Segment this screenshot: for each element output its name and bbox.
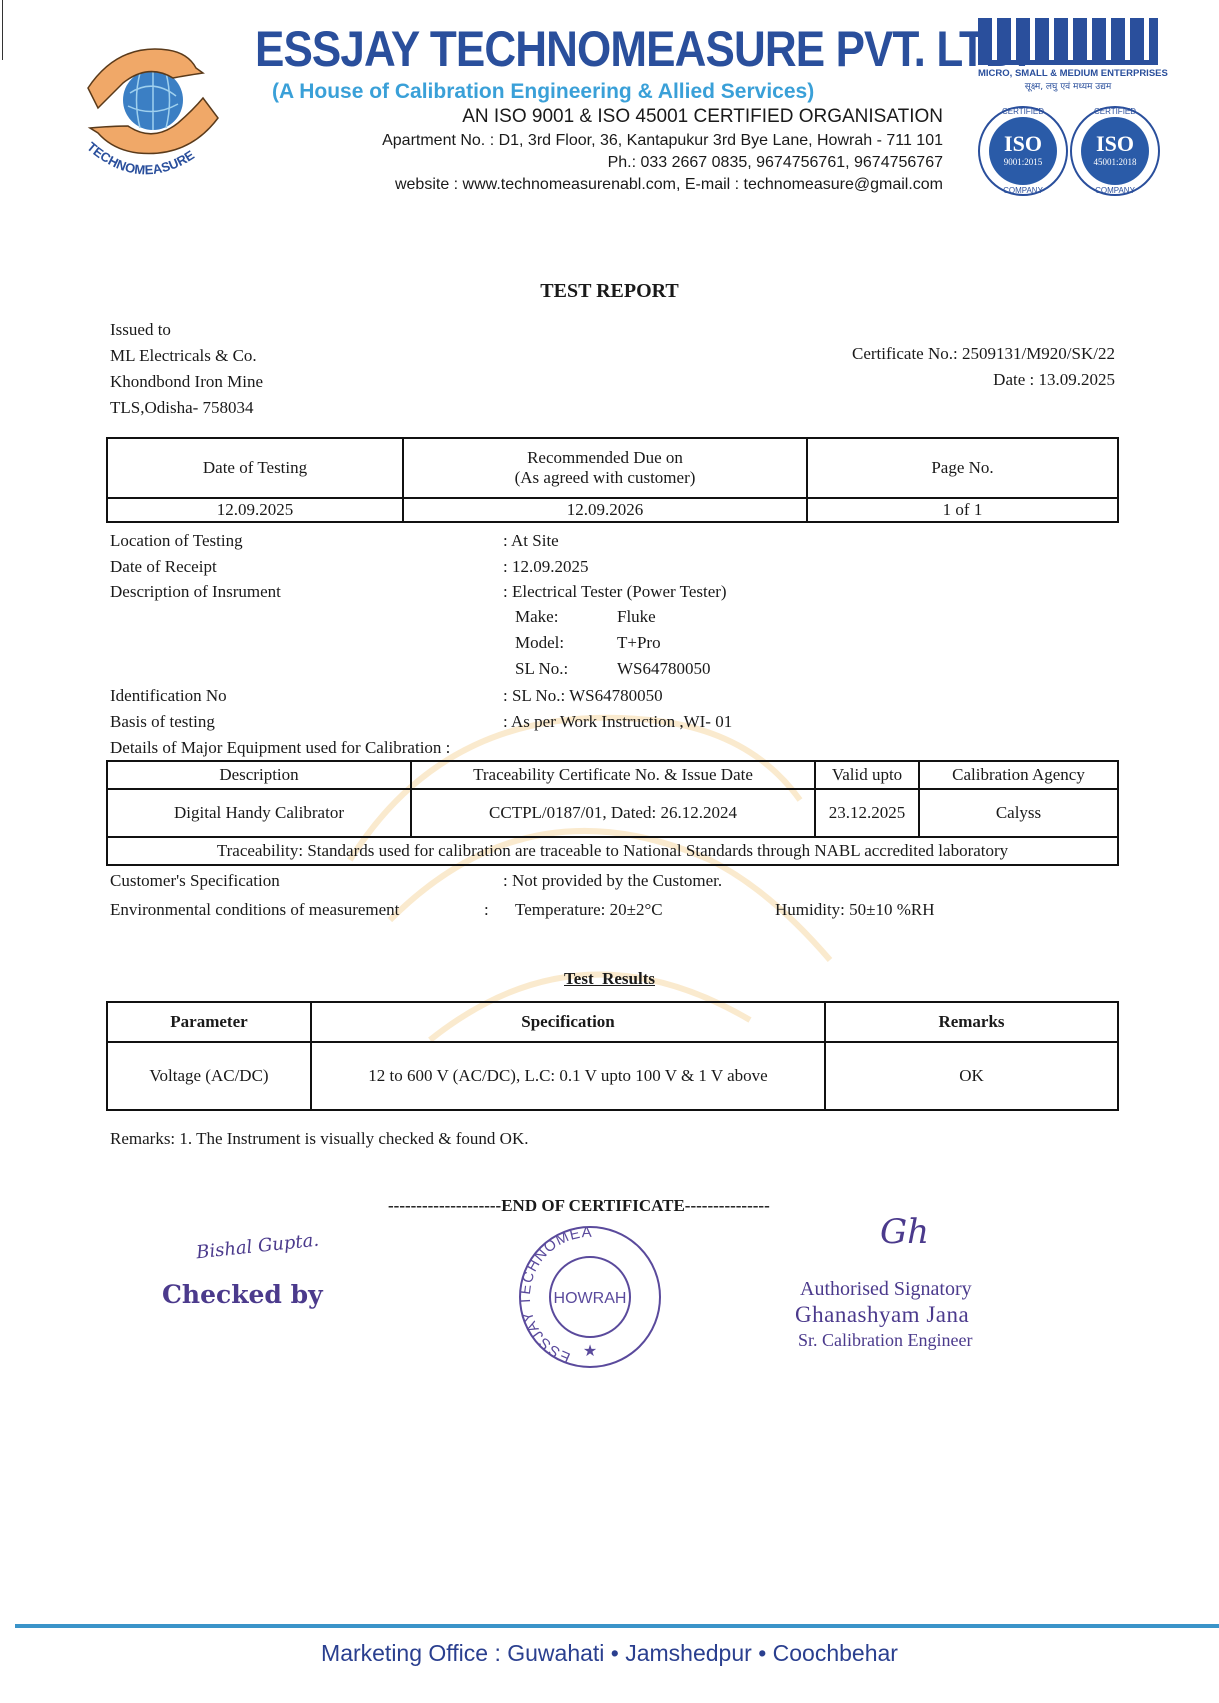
header-specification: Specification [311, 1002, 825, 1042]
remarks-note: Remarks: 1. The Instrument is visually c… [110, 1129, 528, 1149]
svg-text:HOWRAH: HOWRAH [554, 1290, 627, 1307]
equipment-heading: Details of Major Equipment used for Cali… [110, 738, 450, 758]
authorised-signature: Gh [880, 1212, 929, 1252]
iso-text: ISO [1081, 131, 1149, 157]
customer-spec-label: Customer's Specification [110, 871, 280, 891]
result-specification: 12 to 600 V (AC/DC), L.C: 0.1 V upto 100… [311, 1042, 825, 1110]
traceability-note: Traceability: Standards used for calibra… [107, 837, 1118, 865]
msme-caption-en: MICRO, SMALL & MEDIUM ENTERPRISES [978, 68, 1158, 79]
iso-text: ISO [989, 131, 1057, 157]
msme-wordmark [978, 18, 1158, 65]
header-remarks: Remarks [825, 1002, 1118, 1042]
stamp-seal-icon: ESSJAY TECHNOMEASURE PVT. LTD. HOWRAH ★ [515, 1222, 665, 1372]
certification-line: AN ISO 9001 & ISO 45001 CERTIFIED ORGANI… [462, 106, 943, 128]
company-web-email: website : www.technomeasurenabl.com, E-m… [395, 176, 943, 194]
authorised-signatory-label: Authorised Signatory [800, 1278, 972, 1301]
checked-by-signature: Bishal Gupta. [195, 1230, 320, 1264]
equipment-traceability: CCTPL/0187/01, Dated: 26.12.2024 [411, 789, 815, 837]
page-no-value: 1 of 1 [807, 498, 1118, 522]
temperature-value: Temperature: 20±2°C [515, 900, 663, 920]
authorised-title: Sr. Calibration Engineer [798, 1330, 972, 1351]
company-phone: Ph.: 033 2667 0835, 9674756761, 96747567… [608, 154, 943, 172]
scan-edge-line [2, 0, 3, 60]
company-stamp: ESSJAY TECHNOMEASURE PVT. LTD. HOWRAH ★ [515, 1222, 665, 1372]
company-tagline: (A House of Calibration Engineering & Al… [272, 80, 814, 104]
identification-value: : SL No.: WS64780050 [503, 686, 663, 706]
recommended-due-label: Recommended Due on [410, 448, 800, 468]
authorised-name: Ghanashyam Jana [795, 1302, 969, 1328]
header-page-no: Page No. [807, 438, 1118, 498]
header-recommended-due: Recommended Due on (As agreed with custo… [403, 438, 807, 498]
company-name: ESSJAY TECHNOMEASURE PVT. LTD. [255, 20, 1027, 78]
msme-caption-hi: सूक्ष्म, लघु एवं मध्यम उद्यम [978, 79, 1158, 92]
page-title: TEST REPORT [0, 280, 1219, 303]
sl-label: SL No.: [515, 659, 568, 679]
end-of-certificate: --------------------END OF CERTIFICATE--… [388, 1196, 770, 1216]
test-results-heading: Test Results [0, 969, 1219, 989]
footer-divider [15, 1624, 1219, 1628]
location-value: : At Site [503, 531, 559, 551]
equipment-valid-upto: 23.12.2025 [815, 789, 919, 837]
marketing-office: Marketing Office : Guwahati • Jamshedpur… [0, 1640, 1219, 1667]
customer-name: ML Electricals & Co. [110, 346, 257, 366]
iso-company-label: COMPANY [980, 186, 1066, 195]
sl-value: WS64780050 [617, 659, 711, 679]
issued-to-label: Issued to [110, 320, 171, 340]
iso-certified-label: CERTIFIED [1072, 107, 1158, 116]
dates-table: Date of Testing Recommended Due on (As a… [106, 437, 1119, 523]
header-traceability: Traceability Certificate No. & Issue Dat… [411, 761, 815, 789]
description-value: : Electrical Tester (Power Tester) [503, 582, 727, 602]
customer-spec-value: : Not provided by the Customer. [503, 871, 722, 891]
checked-by-label: Checked by [162, 1280, 323, 1309]
identification-label: Identification No [110, 686, 227, 706]
hands-globe-icon: TECHNOMEASURE [78, 38, 228, 188]
result-parameter: Voltage (AC/DC) [107, 1042, 311, 1110]
make-value: Fluke [617, 607, 656, 627]
date-of-testing-value: 12.09.2025 [107, 498, 403, 522]
iso-45001-badge: ISO 45001:2018 CERTIFIED COMPANY [1070, 106, 1160, 196]
header-calibration-agency: Calibration Agency [919, 761, 1118, 789]
make-label: Make: [515, 607, 558, 627]
company-address: Apartment No. : D1, 3rd Floor, 36, Kanta… [382, 132, 943, 150]
receipt-label: Date of Receipt [110, 557, 217, 577]
equipment-table: Description Traceability Certificate No.… [106, 760, 1119, 866]
result-remarks: OK [825, 1042, 1118, 1110]
humidity-value: Humidity: 50±10 %RH [775, 900, 935, 920]
recommended-due-value: 12.09.2026 [403, 498, 807, 522]
basis-value: : As per Work Instruction ,WI- 01 [503, 712, 732, 732]
company-logo: TECHNOMEASURE [78, 38, 228, 188]
msme-logo: MICRO, SMALL & MEDIUM ENTERPRISES सूक्ष्… [978, 18, 1158, 92]
equipment-description: Digital Handy Calibrator [107, 789, 411, 837]
header-description: Description [107, 761, 411, 789]
equipment-agency: Calyss [919, 789, 1118, 837]
certificate-number: Certificate No.: 2509131/M920/SK/22 [852, 344, 1115, 364]
customer-address-line-2: TLS,Odisha- 758034 [110, 398, 254, 418]
test-results-table: Parameter Specification Remarks Voltage … [106, 1001, 1119, 1111]
iso-company-label: COMPANY [1072, 186, 1158, 195]
iso-certified-label: CERTIFIED [980, 107, 1066, 116]
model-value: T+Pro [617, 633, 661, 653]
header-parameter: Parameter [107, 1002, 311, 1042]
iso-9001-badge: ISO 9001:2015 CERTIFIED COMPANY [978, 106, 1068, 196]
certificate-date: Date : 13.09.2025 [993, 370, 1115, 390]
header-valid-upto: Valid upto [815, 761, 919, 789]
description-label: Description of Insrument [110, 582, 281, 602]
svg-text:★: ★ [583, 1343, 597, 1360]
environment-label: Environmental conditions of measurement [110, 900, 399, 920]
table-row: Digital Handy Calibrator CCTPL/0187/01, … [107, 789, 1118, 837]
customer-address-line-1: Khondbond Iron Mine [110, 372, 263, 392]
header-date-of-testing: Date of Testing [107, 438, 403, 498]
receipt-value: : 12.09.2025 [503, 557, 588, 577]
agreed-with-customer-label: (As agreed with customer) [410, 468, 800, 488]
location-label: Location of Testing [110, 531, 243, 551]
iso-standard: 9001:2015 [989, 157, 1057, 167]
table-row: Voltage (AC/DC) 12 to 600 V (AC/DC), L.C… [107, 1042, 1118, 1110]
environment-colon: : [484, 900, 489, 920]
model-label: Model: [515, 633, 564, 653]
basis-label: Basis of testing [110, 712, 215, 732]
iso-standard: 45001:2018 [1081, 157, 1149, 167]
